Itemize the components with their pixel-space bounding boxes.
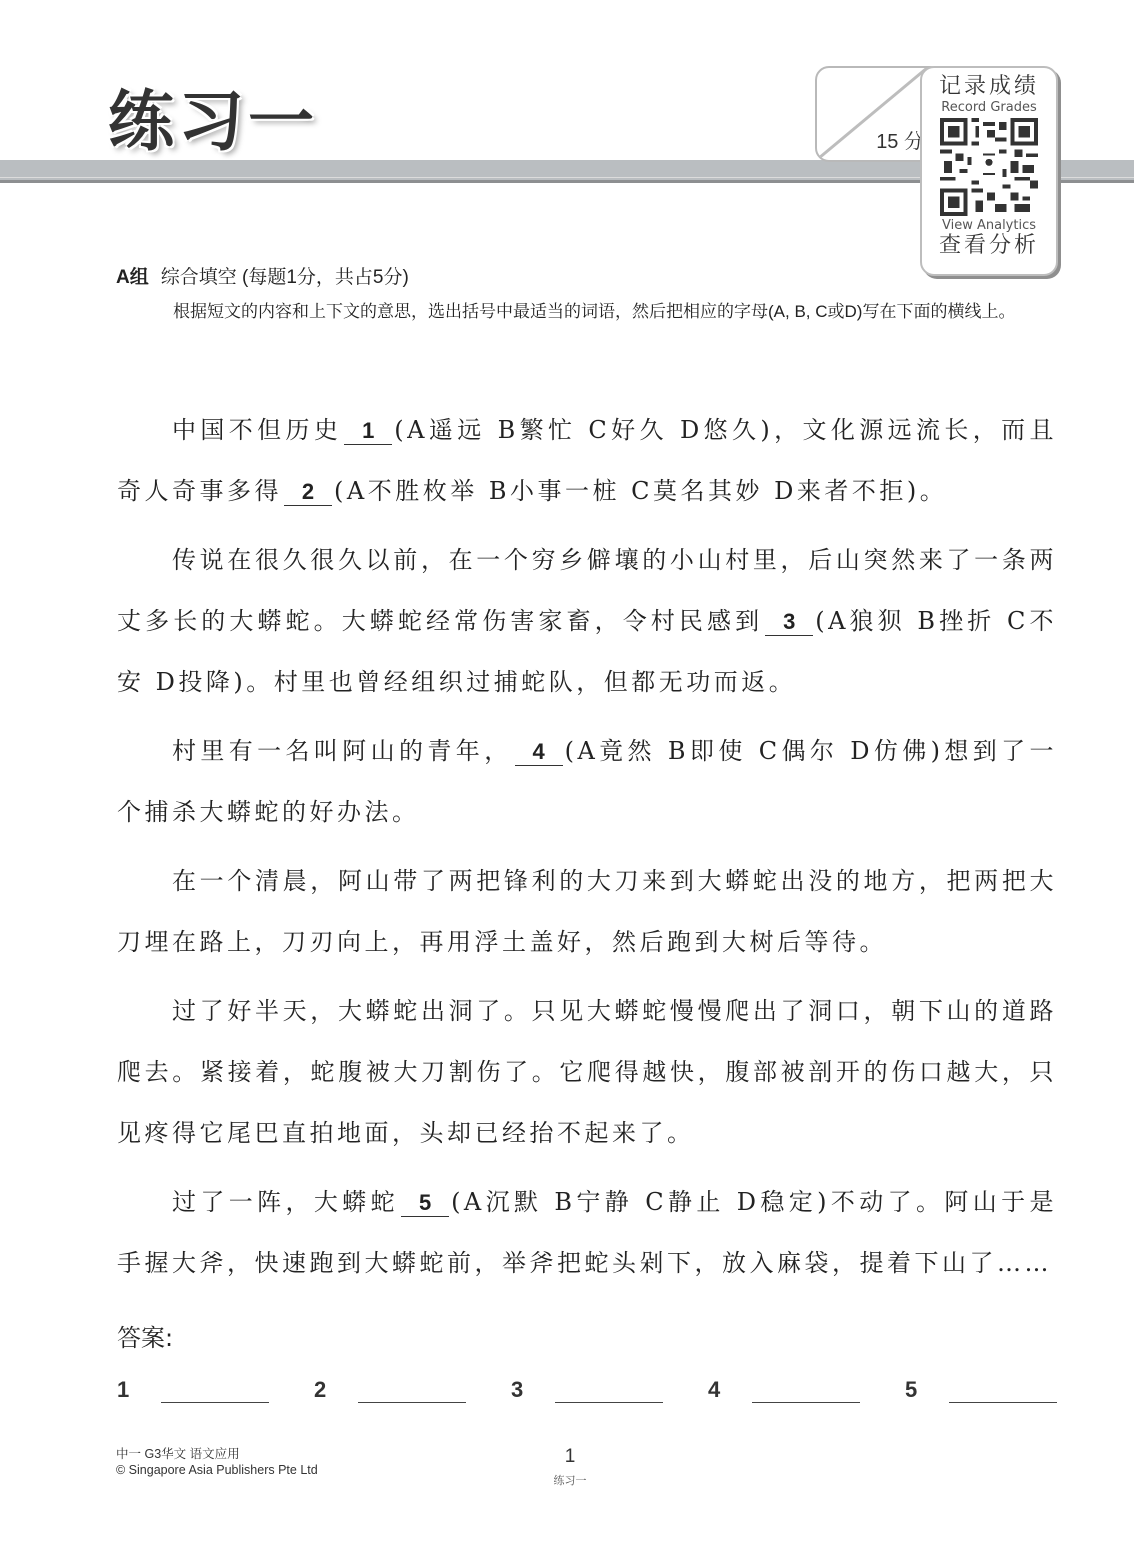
text: 村里有一名叫阿山的青年， — [172, 737, 513, 765]
text: 过了一阵，大蟒蛇 — [172, 1188, 399, 1216]
blank-1[interactable]: 1 — [344, 418, 392, 445]
blank-4[interactable]: 4 — [515, 739, 563, 766]
answer-row: 1 2 3 4 5 — [117, 1374, 1057, 1403]
answer-item-2: 2 — [314, 1374, 466, 1403]
answer-field-2[interactable] — [358, 1374, 466, 1403]
section-title: 综合填空 (每题1分，共占5分) — [161, 267, 409, 288]
page-label: 练习一 — [540, 1472, 600, 1488]
text: 中国不但历史 — [172, 416, 342, 444]
qr-record-grades-zh: 记录成绩 — [922, 74, 1056, 100]
answer-item-5: 5 — [905, 1374, 1057, 1403]
paragraph-4: 在一个清晨，阿山带了两把锋利的大刀来到大蟒蛇出没的地方，把两把大刀埋在路上，刀刃… — [117, 851, 1057, 973]
book-title: 中一 G3华文 语文应用 — [116, 1446, 318, 1462]
answer-number: 3 — [511, 1377, 555, 1403]
section-heading: A组综合填空 (每题1分，共占5分) — [116, 262, 409, 289]
answer-field-3[interactable] — [555, 1374, 663, 1403]
qr-view-analytics-zh: 查看分析 — [922, 233, 1056, 259]
answer-number: 2 — [314, 1377, 358, 1403]
answer-field-1[interactable] — [161, 1374, 269, 1403]
paragraph-6: 过了一阵，大蟒蛇5(A沉默 B宁静 C静止 D稳定)不动了。阿山于是手握大斧，快… — [117, 1172, 1057, 1294]
answers-label: 答案: — [117, 1318, 173, 1353]
qr-record-grades-en: Record Grades — [922, 100, 1056, 115]
qr-code-icon[interactable] — [940, 118, 1038, 216]
blank-5[interactable]: 5 — [401, 1190, 449, 1217]
paragraph-5: 过了好半天，大蟒蛇出洞了。只见大蟒蛇慢慢爬出了洞口，朝下山的道路爬去。紧接着，蛇… — [117, 981, 1057, 1164]
passage: 中国不但历史1(A遥远 B繁忙 C好久 D悠久)，文化源远流长，而且奇人奇事多得… — [117, 400, 1057, 1302]
section-instructions: 根据短文的内容和上下文的意思，选出括号中最适当的词语，然后把相应的字母(A, B… — [173, 296, 1063, 328]
answer-item-1: 1 — [117, 1374, 269, 1403]
answer-number: 1 — [117, 1377, 161, 1403]
blank-2[interactable]: 2 — [284, 479, 332, 506]
answer-item-3: 3 — [511, 1374, 663, 1403]
options-2: (A不胜枚举 B小事一桩 C莫名其妙 D来者不拒) — [334, 477, 920, 505]
options-4: (A竟然 B即使 C偶尔 D仿佛) — [565, 737, 944, 765]
page-title: 练习一 — [108, 68, 318, 163]
total-score: 15 分 — [876, 125, 924, 154]
options-5: (A沉默 B宁静 C静止 D稳定) — [451, 1188, 830, 1216]
text: 。 — [920, 477, 948, 505]
text: 。村里也曾经组织过捕蛇队，但都无功而返。 — [246, 668, 796, 696]
page-number: 1 — [540, 1446, 600, 1468]
answer-number: 5 — [905, 1377, 949, 1403]
section-group: A组 — [116, 267, 149, 288]
paragraph-3: 村里有一名叫阿山的青年，4(A竟然 B即使 C偶尔 D仿佛)想到了一个捕杀大蟒蛇… — [117, 721, 1057, 843]
paragraph-1: 中国不但历史1(A遥远 B繁忙 C好久 D悠久)，文化源远流长，而且奇人奇事多得… — [117, 400, 1057, 522]
qr-view-analytics-en: View Analytics — [922, 218, 1056, 233]
answer-field-4[interactable] — [752, 1374, 860, 1403]
answer-field-5[interactable] — [949, 1374, 1057, 1403]
answer-item-4: 4 — [708, 1374, 860, 1403]
answer-number: 4 — [708, 1377, 752, 1403]
copyright: © Singapore Asia Publishers Pte Ltd — [116, 1462, 318, 1478]
options-1: (A遥远 B繁忙 C好久 D悠久) — [394, 416, 773, 444]
paragraph-2: 传说在很久很久以前，在一个穷乡僻壤的小山村里，后山突然来了一条两丈多长的大蟒蛇。… — [117, 530, 1057, 713]
footer-info: 中一 G3华文 语文应用 © Singapore Asia Publishers… — [116, 1446, 318, 1478]
blank-3[interactable]: 3 — [765, 609, 813, 636]
qr-card[interactable]: 记录成绩 Record Grades View — [920, 66, 1058, 276]
